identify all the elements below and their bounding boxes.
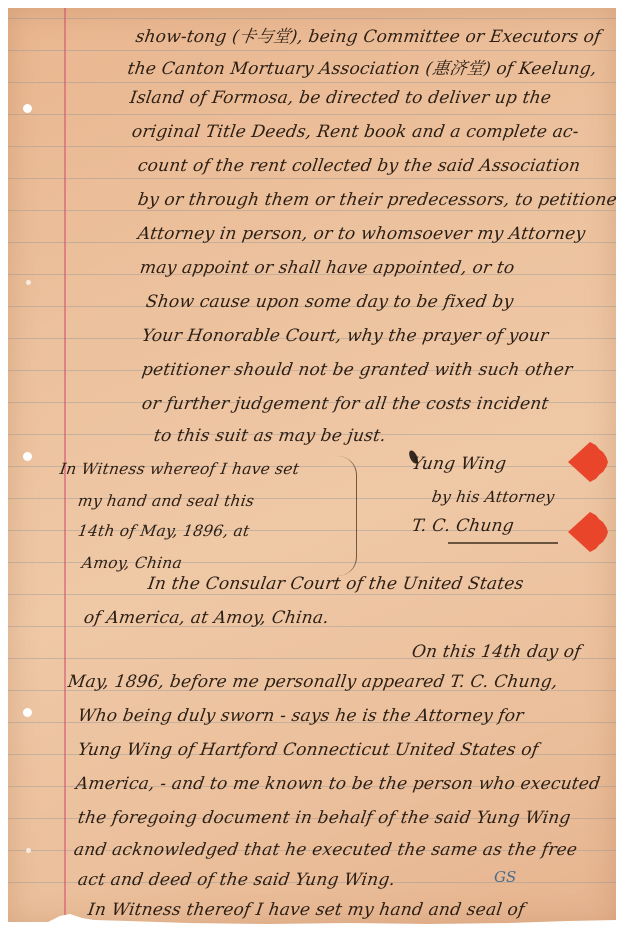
body-line: show-tong (卡与堂), being Committee or Exec… (134, 22, 603, 47)
ruled-line (8, 210, 616, 211)
body-line: Attorney in person, or to whomsoever my … (137, 224, 587, 244)
affidavit-line: the foregoing document in behalf of the … (77, 808, 572, 828)
witness-line: my hand and seal this (77, 492, 256, 510)
body-line: petitioner should not be granted with su… (141, 360, 574, 380)
body-line: may appoint or shall have appointed, or … (139, 258, 516, 278)
witness-line: 14th of May, 1896, at (77, 522, 251, 540)
punch-hole (23, 104, 32, 113)
ruled-line (8, 50, 616, 51)
body-line: original Title Deeds, Rent book and a co… (131, 122, 580, 142)
body-line: Island of Formosa, be directed to delive… (129, 88, 553, 108)
ruled-line (8, 82, 616, 83)
punch-hole (26, 280, 31, 285)
ruled-line (8, 178, 616, 179)
witness-line: Amoy, China (81, 554, 184, 572)
court-heading-line: In the Consular Court of the United Stat… (147, 574, 525, 594)
wax-seal (568, 442, 608, 482)
signature-underline (448, 542, 558, 544)
affidavit-line: Who being duly sworn - says he is the At… (77, 706, 525, 726)
punch-hole (23, 452, 32, 461)
signature-name: Yung Wing (411, 454, 508, 474)
signature-by-attorney: by his Attorney (431, 488, 556, 506)
ruled-line (8, 146, 616, 147)
bracket-divider (338, 456, 357, 576)
body-line: Your Honorable Court, why the prayer of … (141, 326, 550, 346)
document-page: show-tong (卡与堂), being Committee or Exec… (8, 8, 616, 926)
body-line: Show cause upon some day to be fixed by (145, 292, 515, 312)
punch-hole (23, 708, 32, 717)
margin-annotation: GS (494, 868, 516, 886)
affidavit-line: On this 14th day of (411, 642, 583, 662)
affidavit-line: America, - and to me known to be the per… (75, 774, 602, 794)
wax-seal (568, 512, 608, 552)
body-line: by or through them or their predecessors… (137, 190, 616, 210)
affidavit-line: May, 1896, before me personally appeared… (67, 672, 559, 692)
signature-attorney-name: T. C. Chung (411, 516, 516, 536)
ruled-line (8, 18, 616, 19)
ruled-line (8, 594, 616, 595)
body-line: the Canton Mortuary Association (惠济堂) of… (126, 54, 598, 79)
court-heading-line: of America, at Amoy, China. (83, 608, 331, 628)
body-line: count of the rent collected by the said … (137, 156, 582, 176)
witness-line: In Witness whereof I have set (59, 460, 301, 478)
ruled-line (8, 114, 616, 115)
punch-hole (26, 848, 31, 853)
affidavit-line: and acknowledged that he executed the sa… (73, 840, 579, 860)
body-line: or further judgement for all the costs i… (141, 394, 550, 414)
body-line: to this suit as may be just. (153, 426, 388, 446)
torn-edge (8, 912, 616, 926)
affidavit-line: Yung Wing of Hartford Connecticut United… (77, 740, 540, 760)
affidavit-line: act and deed of the said Yung Wing. (77, 870, 397, 890)
